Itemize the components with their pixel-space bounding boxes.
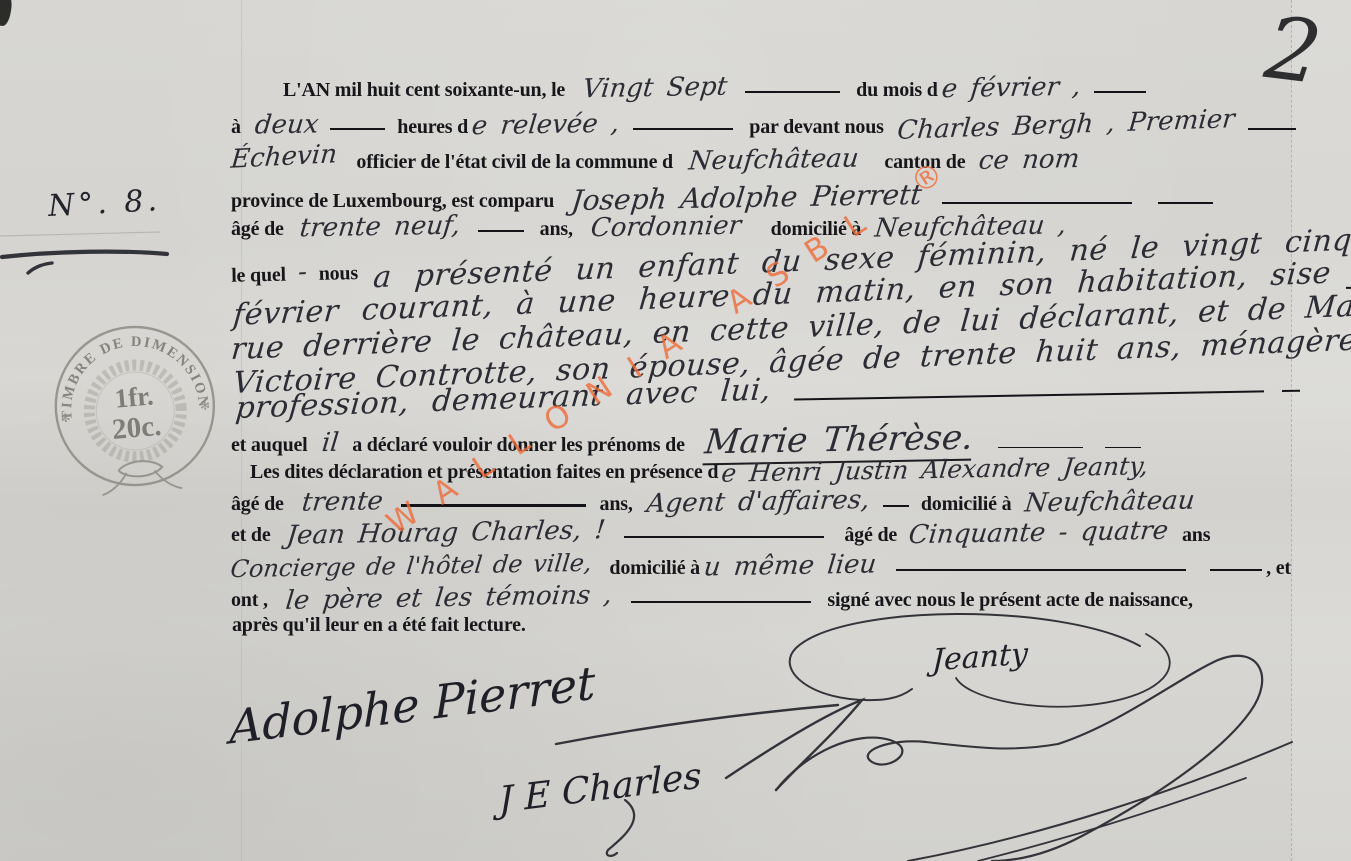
handwritten-text: Cinquante - quatre <box>907 516 1170 551</box>
handwritten-text: deux <box>253 109 320 140</box>
fill-in-rule <box>942 200 1132 204</box>
printed-text: âgé de <box>844 524 897 546</box>
stamp-value-centimes: 20c. <box>111 410 163 446</box>
handwritten-text: Concierge de l'hôtel de ville, <box>229 549 593 583</box>
line-witness2: et de Jean Hourag Charles, ! âgé de Cinq… <box>231 518 1210 548</box>
handwritten-text: - <box>297 257 308 287</box>
fill-in-rule <box>631 599 811 603</box>
line-witness2-profession: Concierge de l'hôtel de ville, domicilié… <box>231 551 1291 581</box>
line-witness1: âgé de trente ans, Agent d'affaires, dom… <box>231 487 1195 517</box>
fill-in-rule <box>1105 445 1141 448</box>
act-number: N°. 8. <box>47 183 162 224</box>
stamp-ornament-right: ✻ <box>199 398 210 413</box>
printed-text: le quel <box>231 264 286 287</box>
signature-father: Adolphe Pierret <box>229 655 596 754</box>
handwritten-text: u même lieu <box>702 550 878 583</box>
fill-in-rule <box>998 445 1083 448</box>
fill-in-rule <box>1210 567 1262 571</box>
printed-text: ans, <box>540 218 573 240</box>
revenue-stamp: TIMBRE DE DIMENSION ✻ ✻ 1fr. 20c. <box>24 297 245 518</box>
handwritten-text: Vingt Sept <box>581 72 728 105</box>
line-hour-officer: à deux heures d e relevée , par devant n… <box>231 110 1296 140</box>
fill-in-rule <box>745 89 840 93</box>
printed-text: heures d <box>397 116 468 138</box>
stamp-graphic: TIMBRE DE DIMENSION ✻ ✻ 1fr. 20c. <box>24 297 245 518</box>
printed-text: ont , <box>231 589 268 611</box>
line-signature-clause: ont , le père et les témoins , signé ave… <box>231 583 1193 613</box>
handwritten-text: le père et les témoins , <box>284 580 613 616</box>
fill-in-rule <box>624 534 824 538</box>
fill-in-rule <box>883 503 909 507</box>
printed-text: par devant nous <box>749 116 883 138</box>
handwritten-text: Jean Hourag Charles, ! <box>285 515 607 551</box>
printed-text: âgé de <box>231 493 284 515</box>
fill-in-rule <box>1248 126 1296 130</box>
handwritten-text: il <box>320 428 340 458</box>
printed-text: nous <box>318 262 358 285</box>
act-number-underline <box>2 252 167 257</box>
handwritten-text: e Henri Justin Alexandre Jeanty, <box>720 451 1150 487</box>
scan-corner-artifact <box>0 0 13 27</box>
handwritten-text: trente neuf, <box>298 211 461 244</box>
fill-in-rule <box>794 388 1264 400</box>
fill-in-rule <box>330 126 385 130</box>
signature-witness-jeanty: Jeanty <box>932 637 1029 679</box>
handwritten-text: ce nom <box>978 144 1082 176</box>
pencil-page-number: 2 <box>1261 5 1326 97</box>
handwritten-text: Cordonnier <box>589 211 742 244</box>
handwritten-text: e relevée , <box>470 109 621 142</box>
line-declarant: province de Luxembourg, est comparu Jose… <box>231 181 1213 214</box>
handwritten-text: Agent d'affaires, <box>645 485 871 519</box>
printed-text: à <box>231 116 241 138</box>
printed-text: officier de l'état civil de la commune d <box>356 151 673 173</box>
stamp-ornament-left: ✻ <box>60 411 71 426</box>
fill-in-rule <box>1158 200 1213 204</box>
fill-in-rule <box>896 567 1186 571</box>
fill-in-rule <box>633 126 733 130</box>
printed-text: L'AN mil huit cent soixante-un, le <box>283 79 565 101</box>
stamp-value-francs: 1fr. <box>113 380 154 413</box>
handwritten-text: trente <box>300 486 384 517</box>
printed-text: domicilié à <box>921 493 1012 515</box>
printed-text: ans <box>1182 524 1210 546</box>
printed-text: et auquel <box>231 434 308 456</box>
fill-in-rule <box>1282 388 1300 392</box>
line-witnesses-intro: Les dites déclaration et présentation fa… <box>250 455 1148 484</box>
handwritten-text: Échevin <box>230 139 339 174</box>
line-date: L'AN mil huit cent soixante-un, le Vingt… <box>283 73 1146 103</box>
right-paper-strip <box>1291 0 1351 861</box>
signature-witness-charles: J E Charles <box>498 755 701 821</box>
printed-text: province de Luxembourg, est comparu <box>231 190 554 212</box>
printed-text: âgé de <box>231 218 284 240</box>
handwritten-text: Neufchâteau <box>687 144 860 177</box>
fill-in-rule <box>1094 89 1146 93</box>
handwritten-text: Neufchâteau <box>1024 486 1197 519</box>
printed-text: ans, <box>600 493 633 515</box>
scanned-birth-record-page: N°. 8. 2 TIMBRE DE DIMENSION ✻ ✻ 1fr. 20… <box>0 0 1351 861</box>
handwritten-text: e février , <box>940 72 1082 104</box>
printed-text: signé avec nous le présent acte de naiss… <box>827 589 1192 611</box>
officer-paraph <box>726 700 862 790</box>
printed-text: après qu'il leur en a été fait lecture. <box>232 614 526 636</box>
handwritten-text: Charles Bergh , Premier <box>896 104 1236 146</box>
line-lecture-clause: après qu'il leur en a été fait lecture. <box>232 614 526 637</box>
printed-text: , et <box>1266 557 1291 579</box>
printed-text: et de <box>231 524 271 546</box>
printed-text: du mois d <box>856 79 938 101</box>
fill-in-rule <box>478 228 524 232</box>
printed-text: domicilié à <box>609 557 700 579</box>
